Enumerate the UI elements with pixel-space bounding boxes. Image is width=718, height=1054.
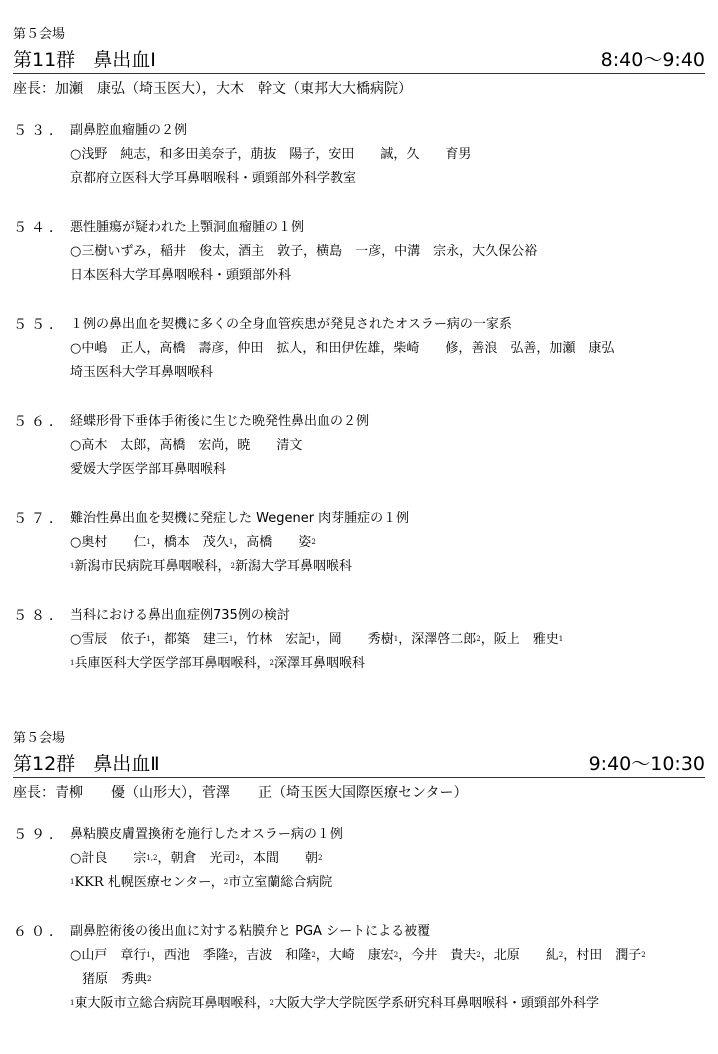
affiliation-marker: 1: [70, 562, 74, 570]
presentation-number: ５４．: [13, 219, 67, 237]
affiliation-marker: 2: [229, 951, 233, 959]
presentation-number: ５９．: [13, 826, 67, 844]
presentation-affiliation: 京都府立医科大学耳鼻咽喉科・頭頸部外科学教室: [70, 170, 710, 188]
affiliation-marker: 2: [311, 951, 315, 959]
presentation-title: 悪性腫瘍が疑われた上顎洞血瘤腫の１例: [70, 219, 710, 237]
presentation-57: ５７． 難治性鼻出血を契機に発症した Wegener 肉芽腫症の１例 ○奥村 仁…: [13, 510, 710, 576]
author-name: ，西池 季隆: [151, 948, 229, 963]
authors-continuation: 猪原 秀典2: [70, 971, 710, 989]
affiliation-marker: 1: [70, 659, 74, 667]
affiliation-name: 新潟大学耳鼻咽喉科: [235, 559, 352, 574]
affiliation-name: 新潟市民病院耳鼻咽喉科，: [74, 559, 230, 574]
affiliation-marker: 1: [229, 538, 233, 546]
affiliation-marker: 2: [559, 951, 563, 959]
presentation-number: ５７．: [13, 510, 67, 528]
presentation-affiliation: 愛媛大学医学部耳鼻咽喉科: [70, 461, 710, 479]
affiliation-marker: 1: [394, 635, 398, 643]
presentation-affiliation: 1KKR 札幌医療センター，2市立室蘭総合病院: [70, 874, 710, 892]
presentation-number: ５８．: [13, 607, 67, 625]
presentation-56: ５６． 経蝶形骨下垂体手術後に生じた晩発性鼻出血の２例 ○高木 太郎，高橋 宏尚…: [13, 413, 710, 479]
author-name: ，村田 潤子: [563, 948, 641, 963]
affiliation-marker: 2: [224, 878, 228, 886]
author-name: ○奥村 仁: [70, 535, 146, 550]
presentation-authors: ○浅野 純志，和多田美奈子，萠抜 陽子，安田 誠，久 育男: [70, 146, 710, 164]
author-name: ，高橋 姿: [233, 535, 311, 550]
presentation-authors: ○山戸 章行1，西池 季隆2，吉波 和隆2，大崎 康宏2，今井 貴夫2，北原 糺…: [70, 947, 710, 989]
venue-label: 第５会場: [13, 27, 705, 43]
affiliation-marker: 2: [318, 854, 322, 862]
presentation-title: 鼻粘膜皮膚置換術を施行したオスラー病の１例: [70, 826, 710, 844]
presentation-60: ６０． 副鼻腔術後の後出血に対する粘膜弁と PGA シートによる被覆 ○山戸 章…: [13, 923, 710, 1013]
author-name: ，阪上 雅史: [481, 632, 559, 647]
chairpersons: 座長：青柳 優（山形大），菅澤 正（埼玉医大国際医療センター）: [13, 784, 705, 802]
group-header: 第12群鼻出血Ⅱ 9:40〜10:30: [13, 753, 705, 778]
chairpersons: 座長：加瀬 康弘（埼玉医大），大木 幹文（東邦大大橋病院）: [13, 80, 705, 98]
presentation-authors: ○三樹いずみ，稲井 俊太，酒主 敦子，横島 一彦，中溝 宗永，大久保公裕: [70, 243, 710, 261]
group-number: 第11群: [13, 49, 75, 71]
affiliation-marker: 1: [146, 951, 150, 959]
affiliation-marker: 2: [311, 538, 315, 546]
affiliation-name: 東大阪市立総合病院耳鼻咽喉科，: [74, 996, 269, 1011]
presentation-59: ５９． 鼻粘膜皮膚置換術を施行したオスラー病の１例 ○計良 宗1,2，朝倉 光司…: [13, 826, 710, 892]
venue-label: 第５会場: [13, 731, 705, 747]
author-name: ，吉波 和隆: [233, 948, 311, 963]
affiliation-marker: 2: [641, 951, 645, 959]
session-time: 8:40〜9:40: [601, 49, 705, 71]
author-name: ，北原 糺: [481, 948, 559, 963]
author-name: ，今井 貴夫: [398, 948, 476, 963]
presentation-authors: ○計良 宗1,2，朝倉 光司2，本間 朝2: [70, 850, 710, 868]
group-title: 第11群鼻出血Ⅰ: [13, 49, 156, 71]
presentation-affiliation: 1兵庫医科大学医学部耳鼻咽喉科，2深澤耳鼻咽喉科: [70, 655, 710, 673]
affiliation-name: KKR 札幌医療センター，: [74, 875, 223, 890]
author-name: 猪原 秀典: [82, 972, 147, 987]
affiliation-name: 市立室蘭総合病院: [228, 875, 332, 890]
session-11: 第５会場 第11群鼻出血Ⅰ 8:40〜9:40 座長：加瀬 康弘（埼玉医大），大…: [13, 27, 705, 98]
author-name: ，朝倉 光司: [157, 851, 235, 866]
affiliation-marker: 1: [229, 635, 233, 643]
author-name: ，竹林 宏記: [233, 632, 311, 647]
author-name: ，岡 秀樹: [316, 632, 394, 647]
author-name: ，本間 朝: [240, 851, 318, 866]
author-name: ○山戸 章行: [70, 948, 146, 963]
affiliation-marker: 2: [476, 635, 480, 643]
author-name: ，橋本 茂久: [151, 535, 229, 550]
affiliation-marker: 1,2: [146, 854, 157, 862]
presentation-affiliation: 1新潟市民病院耳鼻咽喉科，2新潟大学耳鼻咽喉科: [70, 558, 710, 576]
presentation-affiliation: 日本医科大学耳鼻咽喉科・頭頸部外科: [70, 267, 710, 285]
affiliation-name: 深澤耳鼻咽喉科: [274, 656, 365, 671]
session-12: 第５会場 第12群鼻出血Ⅱ 9:40〜10:30 座長：青柳 優（山形大），菅澤…: [13, 731, 705, 802]
presentation-authors: ○奥村 仁1，橋本 茂久1，高橋 姿2: [70, 534, 710, 552]
affiliation-name: 兵庫医科大学医学部耳鼻咽喉科，: [74, 656, 269, 671]
author-name: ，大崎 康宏: [316, 948, 394, 963]
affiliation-marker: 1: [559, 635, 563, 643]
presentation-affiliation: 1東大阪市立総合病院耳鼻咽喉科，2大阪大学大学院医学系研究科耳鼻咽喉科・頭頸部外…: [70, 995, 710, 1013]
affiliation-marker: 1: [311, 635, 315, 643]
affiliation-marker: 2: [269, 659, 273, 667]
author-name: ○計良 宗: [70, 851, 146, 866]
presentation-number: ５６．: [13, 413, 67, 431]
affiliation-marker: 2: [147, 975, 151, 983]
presentation-number: ６０．: [13, 923, 67, 941]
presentation-title: 当科における鼻出血症例735例の検討: [70, 607, 710, 625]
session-time: 9:40〜10:30: [589, 753, 705, 775]
group-header: 第11群鼻出血Ⅰ 8:40〜9:40: [13, 49, 705, 74]
group-topic: 鼻出血Ⅱ: [93, 753, 159, 775]
affiliation-marker: 2: [230, 562, 234, 570]
presentation-title: 副鼻腔術後の後出血に対する粘膜弁と PGA シートによる被覆: [70, 923, 710, 941]
affiliation-marker: 1: [146, 635, 150, 643]
group-topic: 鼻出血Ⅰ: [93, 49, 156, 71]
presentation-authors: ○高木 太郎，高橋 宏尚，暁 清文: [70, 437, 710, 455]
affiliation-name: 大阪大学大学院医学系研究科耳鼻咽喉科・頭頸部外科学: [274, 996, 599, 1011]
author-name: ，深澤啓二郎: [398, 632, 476, 647]
affiliation-marker: 1: [70, 878, 74, 886]
presentation-number: ５５．: [13, 316, 67, 334]
presentation-title: 経蝶形骨下垂体手術後に生じた晩発性鼻出血の２例: [70, 413, 710, 431]
presentation-title: 難治性鼻出血を契機に発症した Wegener 肉芽腫症の１例: [70, 510, 710, 528]
affiliation-marker: 2: [236, 854, 240, 862]
presentation-affiliation: 埼玉医科大学耳鼻咽喉科: [70, 364, 710, 382]
group-title: 第12群鼻出血Ⅱ: [13, 753, 160, 775]
presentation-54: ５４． 悪性腫瘍が疑われた上顎洞血瘤腫の１例 ○三樹いずみ，稲井 俊太，酒主 敦…: [13, 219, 710, 285]
group-number: 第12群: [13, 753, 75, 775]
affiliation-marker: 2: [269, 999, 273, 1007]
presentation-authors: ○雪辰 依子1，都築 建三1，竹林 宏記1，岡 秀樹1，深澤啓二郎2，阪上 雅史…: [70, 631, 710, 649]
presentation-53: ５３． 副鼻腔血瘤腫の２例 ○浅野 純志，和多田美奈子，萠抜 陽子，安田 誠，久…: [13, 122, 710, 188]
presentation-58: ５８． 当科における鼻出血症例735例の検討 ○雪辰 依子1，都築 建三1，竹林…: [13, 607, 710, 673]
presentation-number: ５３．: [13, 122, 67, 140]
affiliation-marker: 1: [70, 999, 74, 1007]
presentation-55: ５５． １例の鼻出血を契機に多くの全身血管疾患が発見されたオスラー病の一家系 ○…: [13, 316, 710, 382]
presentation-title: 副鼻腔血瘤腫の２例: [70, 122, 710, 140]
author-name: ，都築 建三: [151, 632, 229, 647]
affiliation-marker: 1: [146, 538, 150, 546]
affiliation-marker: 2: [394, 951, 398, 959]
presentation-title: １例の鼻出血を契機に多くの全身血管疾患が発見されたオスラー病の一家系: [70, 316, 710, 334]
author-name: ○雪辰 依子: [70, 632, 146, 647]
presentation-authors: ○中嶋 正人，高橋 壽彦，仲田 拡人，和田伊佐雄，柴崎 修，善浪 弘善，加瀬 康…: [70, 340, 710, 358]
affiliation-marker: 2: [476, 951, 480, 959]
